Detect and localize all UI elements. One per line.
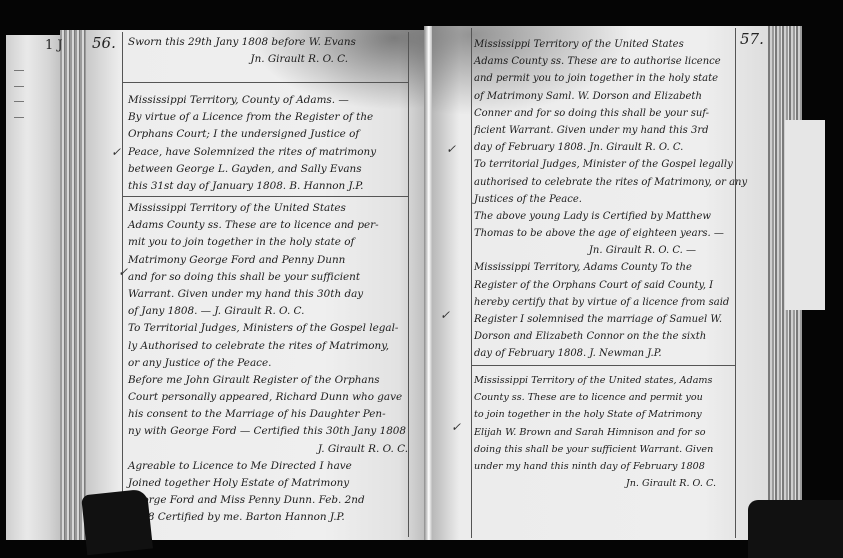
entry-line: hereby certify that by virtue of a licen… bbox=[474, 294, 736, 311]
entry-line: Register I solemnised the marriage of Sa… bbox=[474, 311, 736, 328]
entry-line: this 31st day of January 1808. B. Hannon… bbox=[128, 178, 408, 195]
entry-line: ficient Warrant. Given under my hand thi… bbox=[474, 122, 736, 139]
entry-line: under my hand this ninth day of February… bbox=[474, 458, 736, 475]
page-number-left: 56. bbox=[92, 34, 116, 52]
entry-line: to join together in the holy State of Ma… bbox=[474, 406, 736, 423]
entry-line: day of February 1808. J. Newman J.P. bbox=[474, 345, 736, 362]
entry-line: County ss. These are to licence and perm… bbox=[474, 389, 736, 406]
entry-line: and permit you to join together in the h… bbox=[474, 70, 736, 87]
entry-signature: Jn. Girault R. O. C. bbox=[474, 475, 736, 492]
entry-line: By virtue of a Licence from the Register… bbox=[128, 109, 408, 126]
entry-line: Court personally appeared, Richard Dunn … bbox=[128, 389, 408, 406]
entry-ford-dunn: Mississippi Territory of the United Stat… bbox=[128, 200, 408, 527]
entry-line: Thomas to be above the age of eighteen y… bbox=[474, 225, 736, 242]
entry-line: Mississippi Territory of the United stat… bbox=[474, 372, 736, 389]
entry-line: Dorson and Elizabeth Connor on the the s… bbox=[474, 328, 736, 345]
entry-line: day of February 1808. Jn. Girault R. O. … bbox=[474, 139, 736, 156]
entry-line: his consent to the Marriage of his Daugh… bbox=[128, 406, 408, 423]
entry-line: Matrimony George Ford and Penny Dunn bbox=[128, 252, 408, 269]
entry-line: Before me John Girault Register of the O… bbox=[128, 372, 408, 389]
entry-line: Adams County ss. These are to authorise … bbox=[474, 53, 736, 70]
entry-line: Adams County ss. These are to licence an… bbox=[128, 217, 408, 234]
entry-line: doing this shall be your sufficient Warr… bbox=[474, 441, 736, 458]
edge-tick bbox=[14, 70, 24, 71]
entry-line: and for so doing this shall be your suff… bbox=[128, 269, 408, 286]
entry-line: To Territorial Judges, Ministers of the … bbox=[128, 320, 408, 337]
left-margin-rule bbox=[122, 32, 123, 537]
entry-line: Register of the Orphans Court of said Co… bbox=[474, 277, 736, 294]
entry-line: Mississippi Territory of the United Stat… bbox=[128, 200, 408, 217]
entry-line: Joined together Holy Estate of Matrimony bbox=[128, 475, 408, 492]
check-mark: ✓ bbox=[111, 145, 121, 159]
edge-tick bbox=[14, 86, 24, 87]
blank-tab-label bbox=[785, 120, 825, 310]
entry-line: Justices of the Peace. bbox=[474, 191, 736, 208]
check-mark: ✓ bbox=[118, 265, 128, 279]
check-mark: ✓ bbox=[451, 420, 461, 434]
entry-line: Peace, have Solemnized the rites of matr… bbox=[128, 144, 408, 161]
entry-line: Agreable to Licence to Me Directed I hav… bbox=[128, 458, 408, 475]
entry-line: 1808 Certified by me. Barton Hannon J.P. bbox=[128, 509, 408, 526]
entry-divider bbox=[122, 82, 408, 83]
entry-signature: J. Girault R. O. C. bbox=[128, 441, 408, 458]
entry-signature: Jn. Girault R. O. C. bbox=[128, 51, 408, 68]
page-number-right: 57. bbox=[740, 30, 764, 48]
entry-line: Sworn this 29th Jany 1808 before W. Evan… bbox=[128, 34, 408, 51]
entry-line: Conner and for so doing this shall be yo… bbox=[474, 105, 736, 122]
entry-line: Mississippi Territory, Adams County To t… bbox=[474, 259, 736, 276]
entry-line: ny with George Ford — Certified this 30t… bbox=[128, 423, 408, 440]
page-clip bbox=[81, 489, 153, 556]
entry-line: Mississippi Territory of the United Stat… bbox=[474, 36, 736, 53]
entry-brown-himnison: Mississippi Territory of the United stat… bbox=[474, 372, 736, 492]
right-margin-rule bbox=[408, 32, 409, 537]
entry-line: of Jany 1808. — J. Girault R. O. C. bbox=[128, 303, 408, 320]
entry-line: of Matrimony Saml. W. Dorson and Elizabe… bbox=[474, 88, 736, 105]
check-mark: ✓ bbox=[446, 142, 456, 156]
entry-line: ly Authorised to celebrate the rites of … bbox=[128, 338, 408, 355]
edge-tick bbox=[14, 101, 24, 102]
entry-line: George Ford and Miss Penny Dunn. Feb. 2n… bbox=[128, 492, 408, 509]
open-register-book: 1 J 56. Sworn this 29th Jany 1808 before… bbox=[0, 0, 843, 558]
entry-line: authorised to celebrate the rites of Mat… bbox=[474, 174, 736, 191]
entry-line: Elijah W. Brown and Sarah Himnison and f… bbox=[474, 424, 736, 441]
entry-signature: Jn. Girault R. O. C. — bbox=[474, 242, 736, 259]
page-clip bbox=[748, 500, 843, 558]
entry-sworn: Sworn this 29th Jany 1808 before W. Evan… bbox=[128, 34, 408, 68]
left-margin-rule bbox=[471, 28, 472, 538]
entry-divider bbox=[122, 196, 408, 197]
entry-divider bbox=[471, 365, 735, 366]
entry-dorson-conner: Mississippi Territory of the United Stat… bbox=[474, 36, 736, 363]
entry-line: mit you to join together in the holy sta… bbox=[128, 234, 408, 251]
entry-line: Warrant. Given under my hand this 30th d… bbox=[128, 286, 408, 303]
entry-line: or any Justice of the Peace. bbox=[128, 355, 408, 372]
check-mark: ✓ bbox=[440, 308, 450, 322]
entry-line: Mississippi Territory, County of Adams. … bbox=[128, 92, 408, 109]
entry-line: between George L. Gayden, and Sally Evan… bbox=[128, 161, 408, 178]
entry-line: Orphans Court; I the undersigned Justice… bbox=[128, 126, 408, 143]
entry-gayden-evans: Mississippi Territory, County of Adams. … bbox=[128, 92, 408, 195]
entry-line: The above young Lady is Certified by Mat… bbox=[474, 208, 736, 225]
volume-marker: 1 J bbox=[45, 38, 63, 53]
entry-line: To territorial Judges, Minister of the G… bbox=[474, 156, 736, 173]
edge-tick bbox=[14, 117, 24, 118]
